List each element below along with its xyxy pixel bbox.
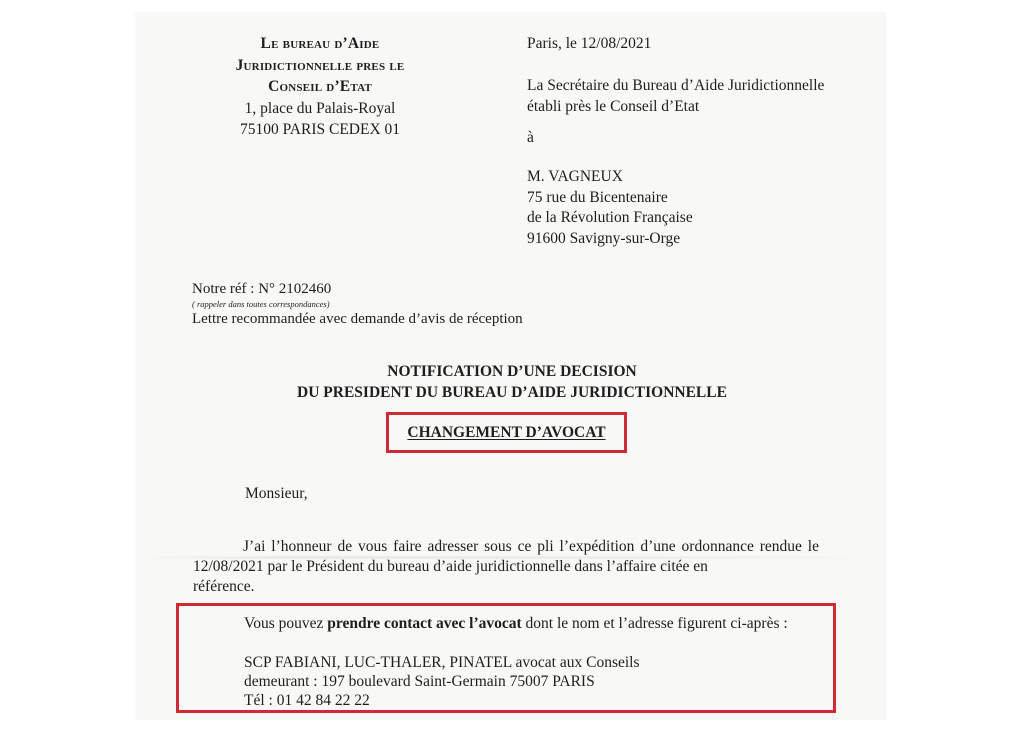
lawyer-address: demeurant : 197 boulevard Saint-Germain … <box>244 672 595 692</box>
notification-title: NOTIFICATION D’UNE DECISION DU PRESIDENT… <box>0 361 1024 403</box>
paragraph-end: référence. <box>193 577 819 597</box>
main-paragraph: J’ai l’honneur de vous faire adresser so… <box>193 537 819 597</box>
recipient-name: M. VAGNEUX <box>527 167 693 188</box>
subject-text: CHANGEMENT D’AVOCAT <box>407 424 605 441</box>
from-line: établi près le Conseil d’Etat <box>527 97 824 118</box>
salutation: Monsieur, <box>245 484 308 504</box>
to-word: à <box>527 128 534 149</box>
reference-block: Notre réf : N° 2102460 ( rappeler dans t… <box>192 280 523 328</box>
from-block: La Secrétaire du Bureau d’Aide Juridicti… <box>527 76 824 117</box>
contact-intro-after: dont le nom et l’adresse figurent ci-apr… <box>522 615 788 632</box>
lawyer-contact-box: Vous pouvez prendre contact avec l’avoca… <box>176 603 836 713</box>
contact-intro: Vous pouvez prendre contact avec l’avoca… <box>194 614 822 634</box>
from-line: La Secrétaire du Bureau d’Aide Juridicti… <box>527 76 824 97</box>
contact-intro-bold: prendre contact avec l’avocat <box>327 615 521 632</box>
title-line: NOTIFICATION D’UNE DECISION <box>0 361 1024 382</box>
lawyer-name: SCP FABIANI, LUC-THALER, PINATEL avocat … <box>244 653 640 673</box>
place-date: Paris, le 12/08/2021 <box>527 34 651 55</box>
recipient-address-line: 91600 Savigny-sur-Orge <box>527 229 693 250</box>
sender-name-line: Juridictionnelle pres le <box>180 55 460 77</box>
title-line: DU PRESIDENT DU BUREAU D’AIDE JURIDICTIO… <box>0 382 1024 403</box>
reference-number: Notre réf : N° 2102460 <box>192 280 523 298</box>
paragraph-text: J’ai l’honneur de vous faire adresser so… <box>193 538 819 575</box>
delivery-method: Lettre recommandée avec demande d’avis d… <box>192 310 523 328</box>
lawyer-phone: Tél : 01 42 84 22 22 <box>244 691 370 711</box>
contact-intro-before: Vous pouvez <box>244 615 327 632</box>
sender-block: Le bureau d’Aide Juridictionnelle pres l… <box>180 33 460 141</box>
recipient-block: M. VAGNEUX 75 rue du Bicentenaire de la … <box>527 167 693 249</box>
sender-address-line: 1, place du Palais-Royal <box>180 98 460 120</box>
recipient-address-line: de la Révolution Française <box>527 208 693 229</box>
recipient-address-line: 75 rue du Bicentenaire <box>527 188 693 209</box>
sender-name-line: Le bureau d’Aide <box>180 33 460 55</box>
reference-note: ( rappeler dans toutes correspondances) <box>192 298 523 310</box>
sender-name-line: Conseil d’Etat <box>180 76 460 98</box>
highlighted-subject-box: CHANGEMENT D’AVOCAT <box>386 412 627 453</box>
sender-address-line: 75100 PARIS CEDEX 01 <box>180 119 460 141</box>
